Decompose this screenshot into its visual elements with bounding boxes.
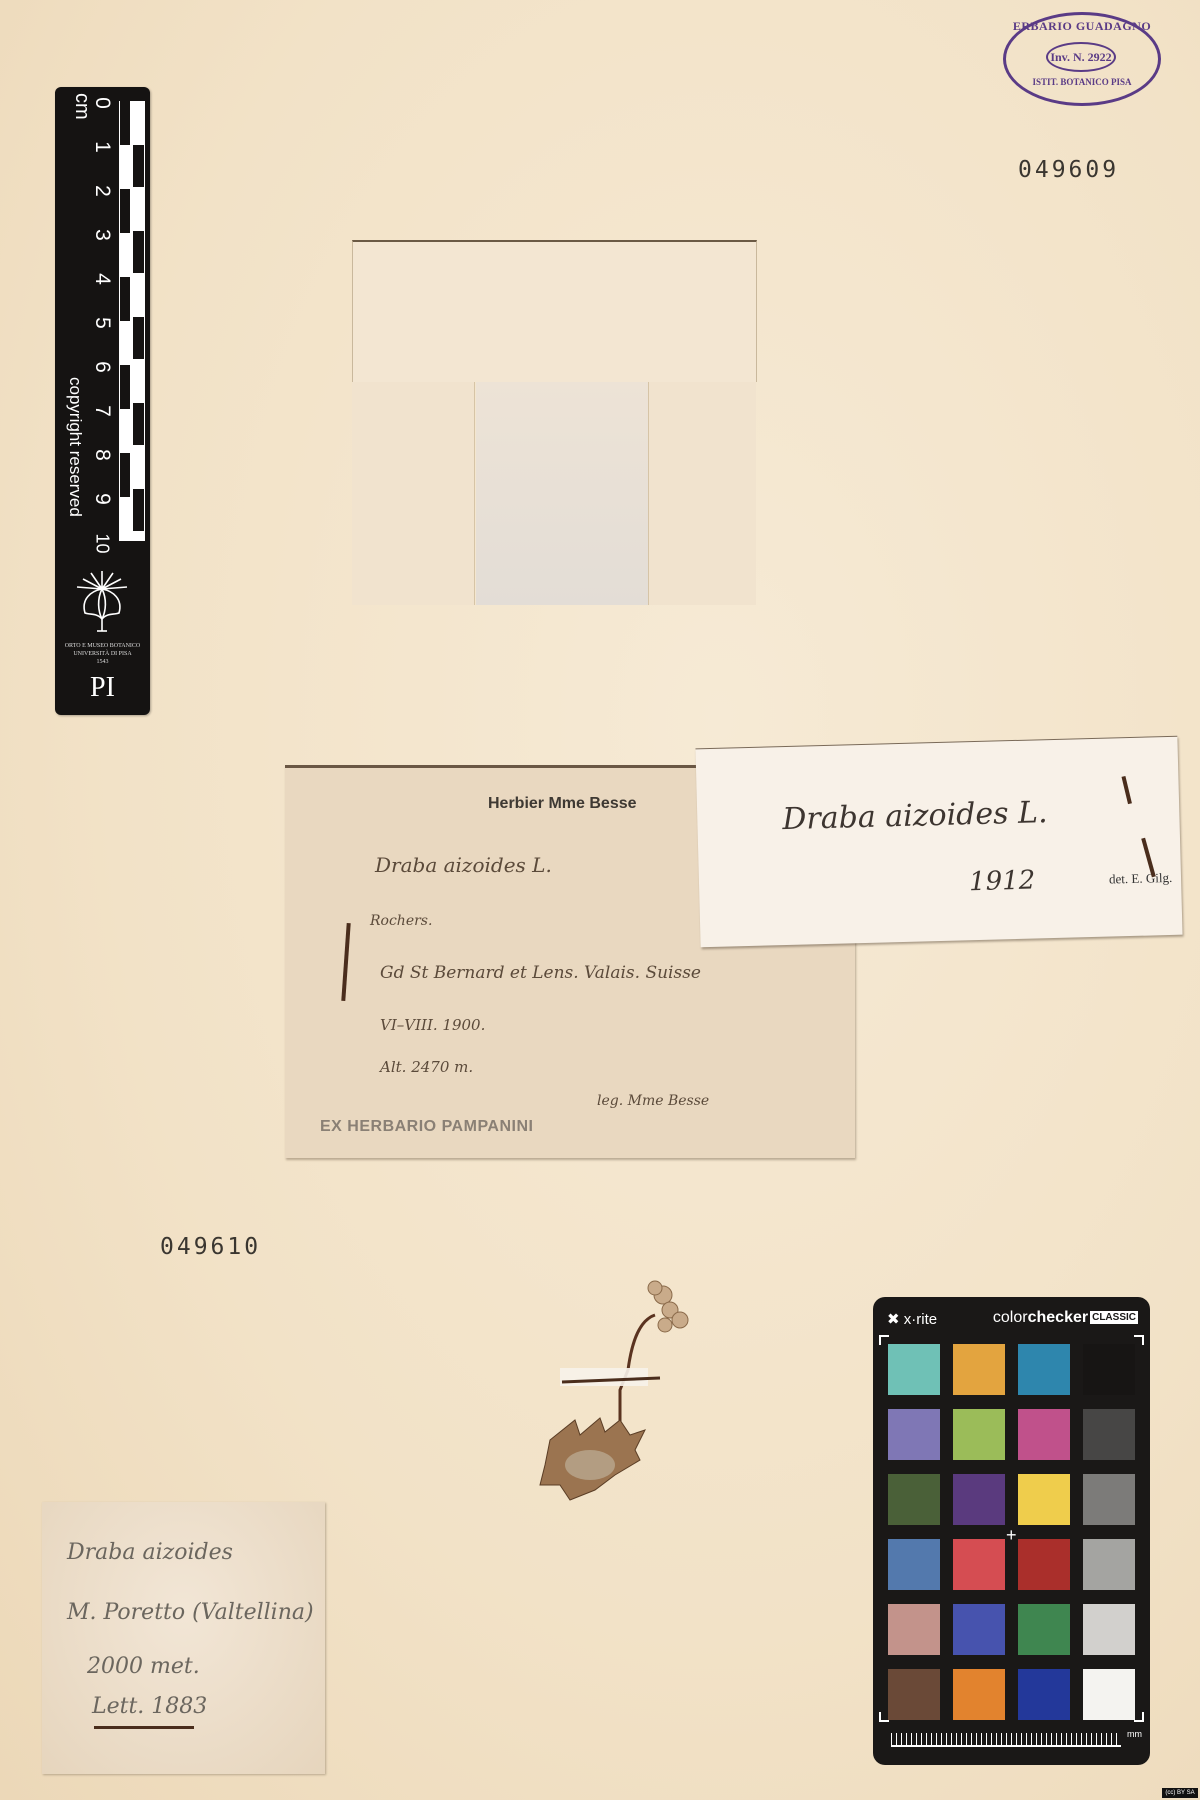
color-patch — [1083, 1344, 1135, 1395]
institution-name: ORTO E MUSEO BOTANICO UNIVERSITÀ DI PISA… — [57, 642, 148, 666]
envelope-right-fold — [648, 382, 756, 605]
ruler-tick-3: 3 — [90, 224, 114, 246]
color-patch — [888, 1604, 940, 1655]
old-label-date: Lett. 1883 — [92, 1694, 207, 1719]
xrite-logo: ✖ x·rite — [887, 1310, 937, 1328]
ruler-tick-0: 0 — [90, 92, 114, 114]
plant-specimen-icon — [520, 1260, 720, 1510]
color-checker-card: ✖ x·rite colorcheckerCLASSIC + mm — [873, 1297, 1150, 1765]
mm-unit-label: mm — [1127, 1729, 1142, 1739]
envelope-window — [476, 382, 648, 605]
det-year: 1912 — [969, 865, 1036, 897]
color-patch — [888, 1539, 940, 1590]
color-patch — [888, 1344, 940, 1395]
label-date: VI–VIII. 1900. — [380, 1016, 485, 1034]
license-badge: (cc) BY SA — [1162, 1788, 1198, 1798]
ruler-tick-6: 6 — [90, 356, 114, 378]
copyright-text: copyright reserved — [65, 377, 85, 517]
color-patch — [1083, 1409, 1135, 1460]
herbarium-stamp: ERBARIO GUADAGNO Inv. N. 2922 ISTIT. BOT… — [1003, 12, 1161, 106]
color-patch — [953, 1669, 1005, 1720]
color-patch — [888, 1669, 940, 1720]
color-patch — [888, 1409, 940, 1460]
fritillaria-logo-icon — [71, 567, 133, 635]
color-patch — [1083, 1669, 1135, 1720]
ruler-scale-bar — [119, 101, 145, 541]
color-patch — [953, 1604, 1005, 1655]
label-locality: Gd St Bernard et Lens. Valais. Suisse — [380, 963, 701, 983]
colorchecker-title: colorcheckerCLASSIC — [993, 1309, 1138, 1327]
pin — [94, 1726, 194, 1729]
color-patch — [953, 1409, 1005, 1460]
determination-label: Draba aizoides L. 1912 det. E. Gilg. — [695, 736, 1182, 948]
old-label-locality: M. Poretto (Valtellina) — [67, 1600, 314, 1625]
scale-ruler: cm 0 1 2 3 4 5 6 7 8 9 10 copyright rese… — [55, 87, 150, 715]
historic-label: Draba aizoides M. Poretto (Valtellina) 2… — [42, 1502, 325, 1774]
color-patch — [1018, 1474, 1070, 1525]
label-habitat: Rochers. — [370, 913, 432, 929]
color-patch — [1083, 1604, 1135, 1655]
color-patch — [1018, 1669, 1070, 1720]
ruler-tick-7: 7 — [90, 400, 114, 422]
color-patch — [953, 1344, 1005, 1395]
stamp-top-text: ERBARIO GUADAGNO — [1006, 19, 1158, 34]
top-barcode-number: 049609 — [1018, 157, 1119, 183]
crosshair-icon: + — [1006, 1526, 1017, 1544]
color-patch — [1083, 1539, 1135, 1590]
stamp-bottom-text: ISTIT. BOTANICO PISA — [1006, 77, 1158, 87]
mm-scale-bar — [891, 1733, 1121, 1747]
pin — [341, 923, 350, 1001]
herbarium-code: PI — [55, 672, 150, 704]
ruler-tick-4: 4 — [90, 268, 114, 290]
color-patch — [1018, 1539, 1070, 1590]
det-determiner: det. E. Gilg. — [1109, 870, 1173, 888]
ex-herbario-stamp: EX HERBARIO PAMPANINI — [320, 1118, 533, 1136]
ruler-tick-2: 2 — [90, 180, 114, 202]
color-patch — [1018, 1409, 1070, 1460]
label-altitude: Alt. 2470 m. — [380, 1058, 473, 1076]
old-label-altitude: 2000 met. — [87, 1654, 200, 1679]
envelope-left-fold — [352, 382, 475, 605]
ruler-tick-10: 10 — [92, 533, 113, 555]
label-collector: leg. Mme Besse — [597, 1093, 709, 1109]
ruler-tick-8: 8 — [90, 444, 114, 466]
envelope-flap — [352, 240, 757, 382]
color-patch — [1018, 1344, 1070, 1395]
ruler-tick-1: 1 — [90, 136, 114, 158]
ruler-tick-5: 5 — [90, 312, 114, 334]
seed-envelope — [352, 240, 755, 605]
pin — [1122, 776, 1132, 804]
color-patch — [888, 1474, 940, 1525]
bottom-barcode-number: 049610 — [160, 1234, 261, 1260]
det-taxon: Draba aizoides L. — [782, 795, 1048, 837]
color-patch — [1018, 1604, 1070, 1655]
label-taxon: Draba aizoides L. — [375, 853, 552, 877]
color-patch — [953, 1474, 1005, 1525]
label-header: Herbier Mme Besse — [488, 795, 637, 813]
ruler-tick-9: 9 — [90, 488, 114, 510]
old-label-taxon: Draba aizoides — [67, 1540, 233, 1565]
stamp-inventory: Inv. N. 2922 — [1046, 42, 1116, 72]
color-patch — [953, 1539, 1005, 1590]
color-patch — [1083, 1474, 1135, 1525]
